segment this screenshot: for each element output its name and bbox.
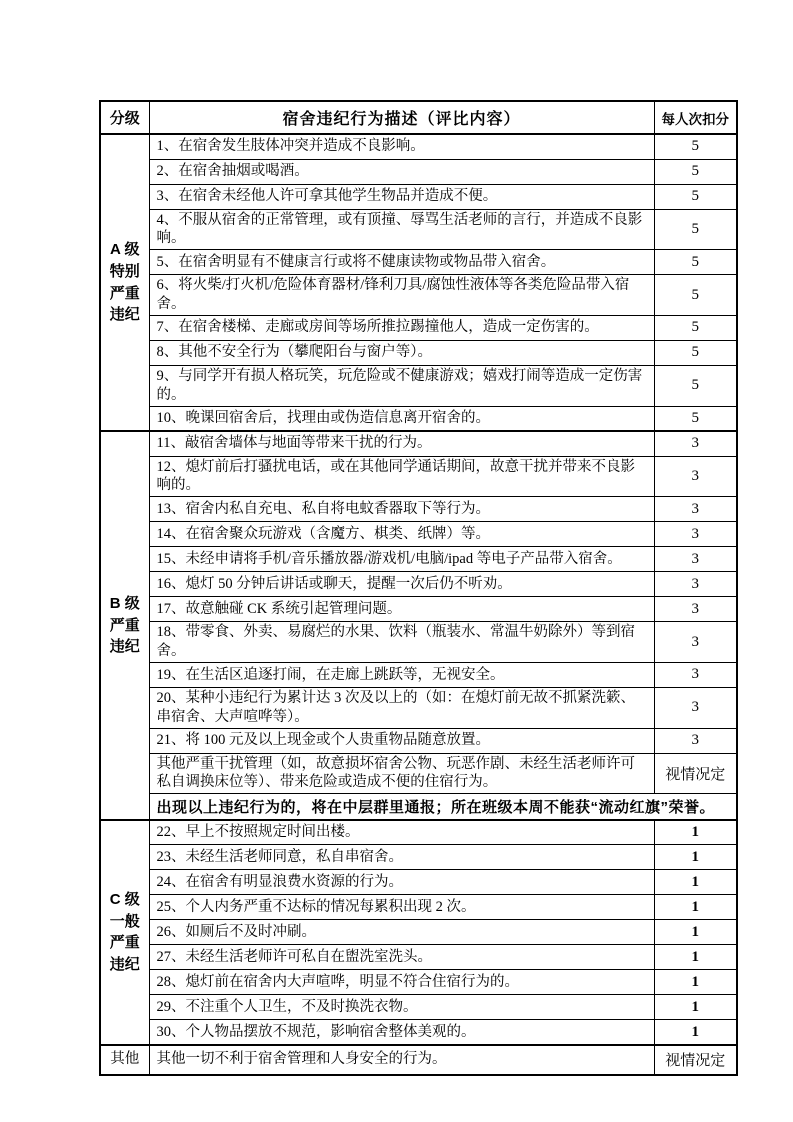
violation-description: 12、熄灯前后打骚扰电话，或在其他同学通话期间，故意干扰并带来不良影响的。: [149, 456, 654, 497]
table-row: 19、在生活区追逐打闹，在走廊上跳跃等，无视安全。3: [100, 662, 737, 687]
points-value: 1: [654, 970, 737, 995]
table-row: 其他其他一切不利于宿舍管理和人身安全的行为。视情况定: [100, 1045, 737, 1075]
table-row: 26、如厕后不及时冲刷。1: [100, 920, 737, 945]
table-row: 27、未经生活老师许可私自在盥洗室洗头。1: [100, 945, 737, 970]
violation-description: 5、在宿舍明显有不健康言行或将不健康读物或物品带入宿舍。: [149, 250, 654, 275]
violation-description: 21、将 100 元及以上现金或个人贵重物品随意放置。: [149, 728, 654, 753]
section-label: 其他: [100, 1045, 149, 1075]
points-value: 3: [654, 431, 737, 456]
violation-description: 25、个人内务严重不达标的情况每累积出现 2 次。: [149, 895, 654, 920]
table-row: 17、故意触碰 CK 系统引起管理问题。3: [100, 597, 737, 622]
section-label-line: 严重: [101, 932, 149, 954]
table-row: 4、不服从宿舍的正常管理，或有顶撞、辱骂生活老师的言行，并造成不良影响。5: [100, 209, 737, 250]
points-value: 视情况定: [654, 1045, 737, 1075]
points-value: 3: [654, 456, 737, 497]
points-value: 5: [654, 365, 737, 406]
violation-description: 10、晚课回宿舍后，找理由或伪造信息离开宿舍的。: [149, 406, 654, 431]
violation-description: 16、熄灯 50 分钟后讲话或聊天，提醒一次后仍不听劝。: [149, 572, 654, 597]
table-row: 14、在宿舍聚众玩游戏（含魔方、棋类、纸牌）等。3: [100, 522, 737, 547]
violation-description: 29、不注重个人卫生，不及时换洗衣物。: [149, 995, 654, 1020]
violation-description: 4、不服从宿舍的正常管理，或有顶撞、辱骂生活老师的言行，并造成不良影响。: [149, 209, 654, 250]
table-row: 10、晚课回宿舍后，找理由或伪造信息离开宿舍的。5: [100, 406, 737, 431]
violation-description: 27、未经生活老师许可私自在盥洗室洗头。: [149, 945, 654, 970]
points-value: 3: [654, 662, 737, 687]
table-row: 28、熄灯前在宿舍内大声喧哗，明显不符合住宿行为的。1: [100, 970, 737, 995]
section-label-line: 一般: [101, 911, 149, 933]
notice-row: 出现以上违纪行为的，将在中层群里通报；所在班级本周不能获“流动红旗”荣誉。: [100, 794, 737, 820]
table-row: 25、个人内务严重不达标的情况每累积出现 2 次。1: [100, 895, 737, 920]
section-label-line: 严重: [101, 615, 149, 637]
points-value: 5: [654, 315, 737, 340]
violation-description: 20、某种小违纪行为累计达 3 次及以上的（如：在熄灯前无故不抓紧洗簌、串宿舍、…: [149, 687, 654, 728]
table-row: 9、与同学开有损人格玩笑，玩危险或不健康游戏；嬉戏打闹等造成一定伤害的。5: [100, 365, 737, 406]
points-value: 3: [654, 597, 737, 622]
table-row: 2、在宿舍抽烟或喝酒。5: [100, 159, 737, 184]
section-label-line: 违纪: [101, 636, 149, 658]
table-row: 23、未经生活老师同意，私自串宿舍。1: [100, 845, 737, 870]
violation-description: 23、未经生活老师同意，私自串宿舍。: [149, 845, 654, 870]
table-row: 13、宿舍内私自充电、私自将电蚊香器取下等行为。3: [100, 497, 737, 522]
violation-description: 2、在宿舍抽烟或喝酒。: [149, 159, 654, 184]
violation-description: 17、故意触碰 CK 系统引起管理问题。: [149, 597, 654, 622]
points-value: 3: [654, 497, 737, 522]
table-row: 其他严重干扰管理（如，故意损坏宿舍公物、玩恶作剧、未经生活老师许可私自调换床位等…: [100, 753, 737, 794]
section-label-line: 违纪: [101, 954, 149, 976]
points-value: 3: [654, 622, 737, 663]
table-row: 8、其他不安全行为（攀爬阳台与窗户等）。5: [100, 340, 737, 365]
points-value: 1: [654, 845, 737, 870]
points-value: 5: [654, 134, 737, 159]
description-column-header: 宿舍违纪行为描述（评比内容）: [149, 101, 654, 134]
points-value: 视情况定: [654, 753, 737, 794]
table-row: 5、在宿舍明显有不健康言行或将不健康读物或物品带入宿舍。5: [100, 250, 737, 275]
section-label-line: 特别: [101, 261, 149, 283]
table-row: 24、在宿舍有明显浪费水资源的行为。1: [100, 870, 737, 895]
violation-description: 24、在宿舍有明显浪费水资源的行为。: [149, 870, 654, 895]
section-label-line: 其他: [101, 1049, 149, 1070]
violation-description: 9、与同学开有损人格玩笑，玩危险或不健康游戏；嬉戏打闹等造成一定伤害的。: [149, 365, 654, 406]
violation-description: 11、敲宿舍墙体与地面等带来干扰的行为。: [149, 431, 654, 456]
points-value: 5: [654, 159, 737, 184]
violation-description: 19、在生活区追逐打闹，在走廊上跳跃等，无视安全。: [149, 662, 654, 687]
points-value: 3: [654, 572, 737, 597]
section-label-line: C 级: [101, 889, 149, 911]
table-body: A 级特别严重违纪1、在宿舍发生肢体冲突并造成不良影响。52、在宿舍抽烟或喝酒。…: [100, 134, 737, 1075]
level-column-header: 分级: [100, 101, 149, 134]
violation-description: 3、在宿舍未经他人许可拿其他学生物品并造成不便。: [149, 184, 654, 209]
table-row: 16、熄灯 50 分钟后讲话或聊天，提醒一次后仍不听劝。3: [100, 572, 737, 597]
points-value: 5: [654, 209, 737, 250]
points-value: 1: [654, 945, 737, 970]
section-label-line: A 级: [101, 239, 149, 261]
violation-description: 22、早上不按照规定时间出楼。: [149, 820, 654, 845]
points-value: 3: [654, 687, 737, 728]
table-row: C 级一般严重违纪22、早上不按照规定时间出楼。1: [100, 820, 737, 845]
section-label: C 级一般严重违纪: [100, 820, 149, 1045]
points-value: 3: [654, 728, 737, 753]
violation-description: 8、其他不安全行为（攀爬阳台与窗户等）。: [149, 340, 654, 365]
table-row: 20、某种小违纪行为累计达 3 次及以上的（如：在熄灯前无故不抓紧洗簌、串宿舍、…: [100, 687, 737, 728]
table-row: 12、熄灯前后打骚扰电话，或在其他同学通话期间，故意干扰并带来不良影响的。3: [100, 456, 737, 497]
violation-description: 26、如厕后不及时冲刷。: [149, 920, 654, 945]
violation-table-wrapper: 分级 宿舍违纪行为描述（评比内容） 每人次扣分 A 级特别严重违纪1、在宿舍发生…: [99, 100, 738, 1076]
points-value: 1: [654, 895, 737, 920]
violation-description: 15、未经申请将手机/音乐播放器/游戏机/电脑/ipad 等电子产品带入宿舍。: [149, 547, 654, 572]
notice-text: 出现以上违纪行为的，将在中层群里通报；所在班级本周不能获“流动红旗”荣誉。: [149, 794, 737, 820]
section-label-line: B 级: [101, 593, 149, 615]
points-value: 1: [654, 820, 737, 845]
points-value: 1: [654, 920, 737, 945]
violation-description: 30、个人物品摆放不规范，影响宿舍整体美观的。: [149, 1020, 654, 1045]
violation-description: 28、熄灯前在宿舍内大声喧哗，明显不符合住宿行为的。: [149, 970, 654, 995]
violation-description: 其他一切不利于宿舍管理和人身安全的行为。: [149, 1045, 654, 1075]
header-row: 分级 宿舍违纪行为描述（评比内容） 每人次扣分: [100, 101, 737, 134]
document-page: { "header": { "level": "分级", "desc": "宿舍…: [0, 0, 793, 1122]
violation-description: 14、在宿舍聚众玩游戏（含魔方、棋类、纸牌）等。: [149, 522, 654, 547]
points-value: 5: [654, 275, 737, 316]
violation-description: 1、在宿舍发生肢体冲突并造成不良影响。: [149, 134, 654, 159]
table-row: 7、在宿舍楼梯、走廊或房间等场所推拉踢撞他人，造成一定伤害的。5: [100, 315, 737, 340]
violation-description: 18、带零食、外卖、易腐烂的水果、饮料（瓶装水、常温牛奶除外）等到宿舍。: [149, 622, 654, 663]
violation-description: 其他严重干扰管理（如，故意损坏宿舍公物、玩恶作剧、未经生活老师许可私自调换床位等…: [149, 753, 654, 794]
table-row: A 级特别严重违纪1、在宿舍发生肢体冲突并造成不良影响。5: [100, 134, 737, 159]
points-value: 3: [654, 522, 737, 547]
violation-description: 7、在宿舍楼梯、走廊或房间等场所推拉踢撞他人，造成一定伤害的。: [149, 315, 654, 340]
violation-description: 6、将火柴/打火机/危险体育器材/锋利刀具/腐蚀性液体等各类危险品带入宿舍。: [149, 275, 654, 316]
violation-description: 13、宿舍内私自充电、私自将电蚊香器取下等行为。: [149, 497, 654, 522]
section-label-line: 严重: [101, 283, 149, 305]
points-value: 1: [654, 1020, 737, 1045]
points-column-header: 每人次扣分: [654, 101, 737, 134]
points-value: 1: [654, 870, 737, 895]
points-value: 5: [654, 184, 737, 209]
points-value: 5: [654, 406, 737, 431]
table-row: 30、个人物品摆放不规范，影响宿舍整体美观的。1: [100, 1020, 737, 1045]
points-value: 5: [654, 250, 737, 275]
section-label-line: 违纪: [101, 304, 149, 326]
table-row: 29、不注重个人卫生，不及时换洗衣物。1: [100, 995, 737, 1020]
table-row: 3、在宿舍未经他人许可拿其他学生物品并造成不便。5: [100, 184, 737, 209]
points-value: 5: [654, 340, 737, 365]
table-row: 18、带零食、外卖、易腐烂的水果、饮料（瓶装水、常温牛奶除外）等到宿舍。3: [100, 622, 737, 663]
table-row: 21、将 100 元及以上现金或个人贵重物品随意放置。3: [100, 728, 737, 753]
dorm-violation-table: 分级 宿舍违纪行为描述（评比内容） 每人次扣分 A 级特别严重违纪1、在宿舍发生…: [99, 100, 738, 1076]
points-value: 3: [654, 547, 737, 572]
table-row: B 级严重违纪11、敲宿舍墙体与地面等带来干扰的行为。3: [100, 431, 737, 456]
points-value: 1: [654, 995, 737, 1020]
table-row: 15、未经申请将手机/音乐播放器/游戏机/电脑/ipad 等电子产品带入宿舍。3: [100, 547, 737, 572]
section-label: B 级严重违纪: [100, 431, 149, 820]
section-label: A 级特别严重违纪: [100, 134, 149, 431]
table-row: 6、将火柴/打火机/危险体育器材/锋利刀具/腐蚀性液体等各类危险品带入宿舍。5: [100, 275, 737, 316]
